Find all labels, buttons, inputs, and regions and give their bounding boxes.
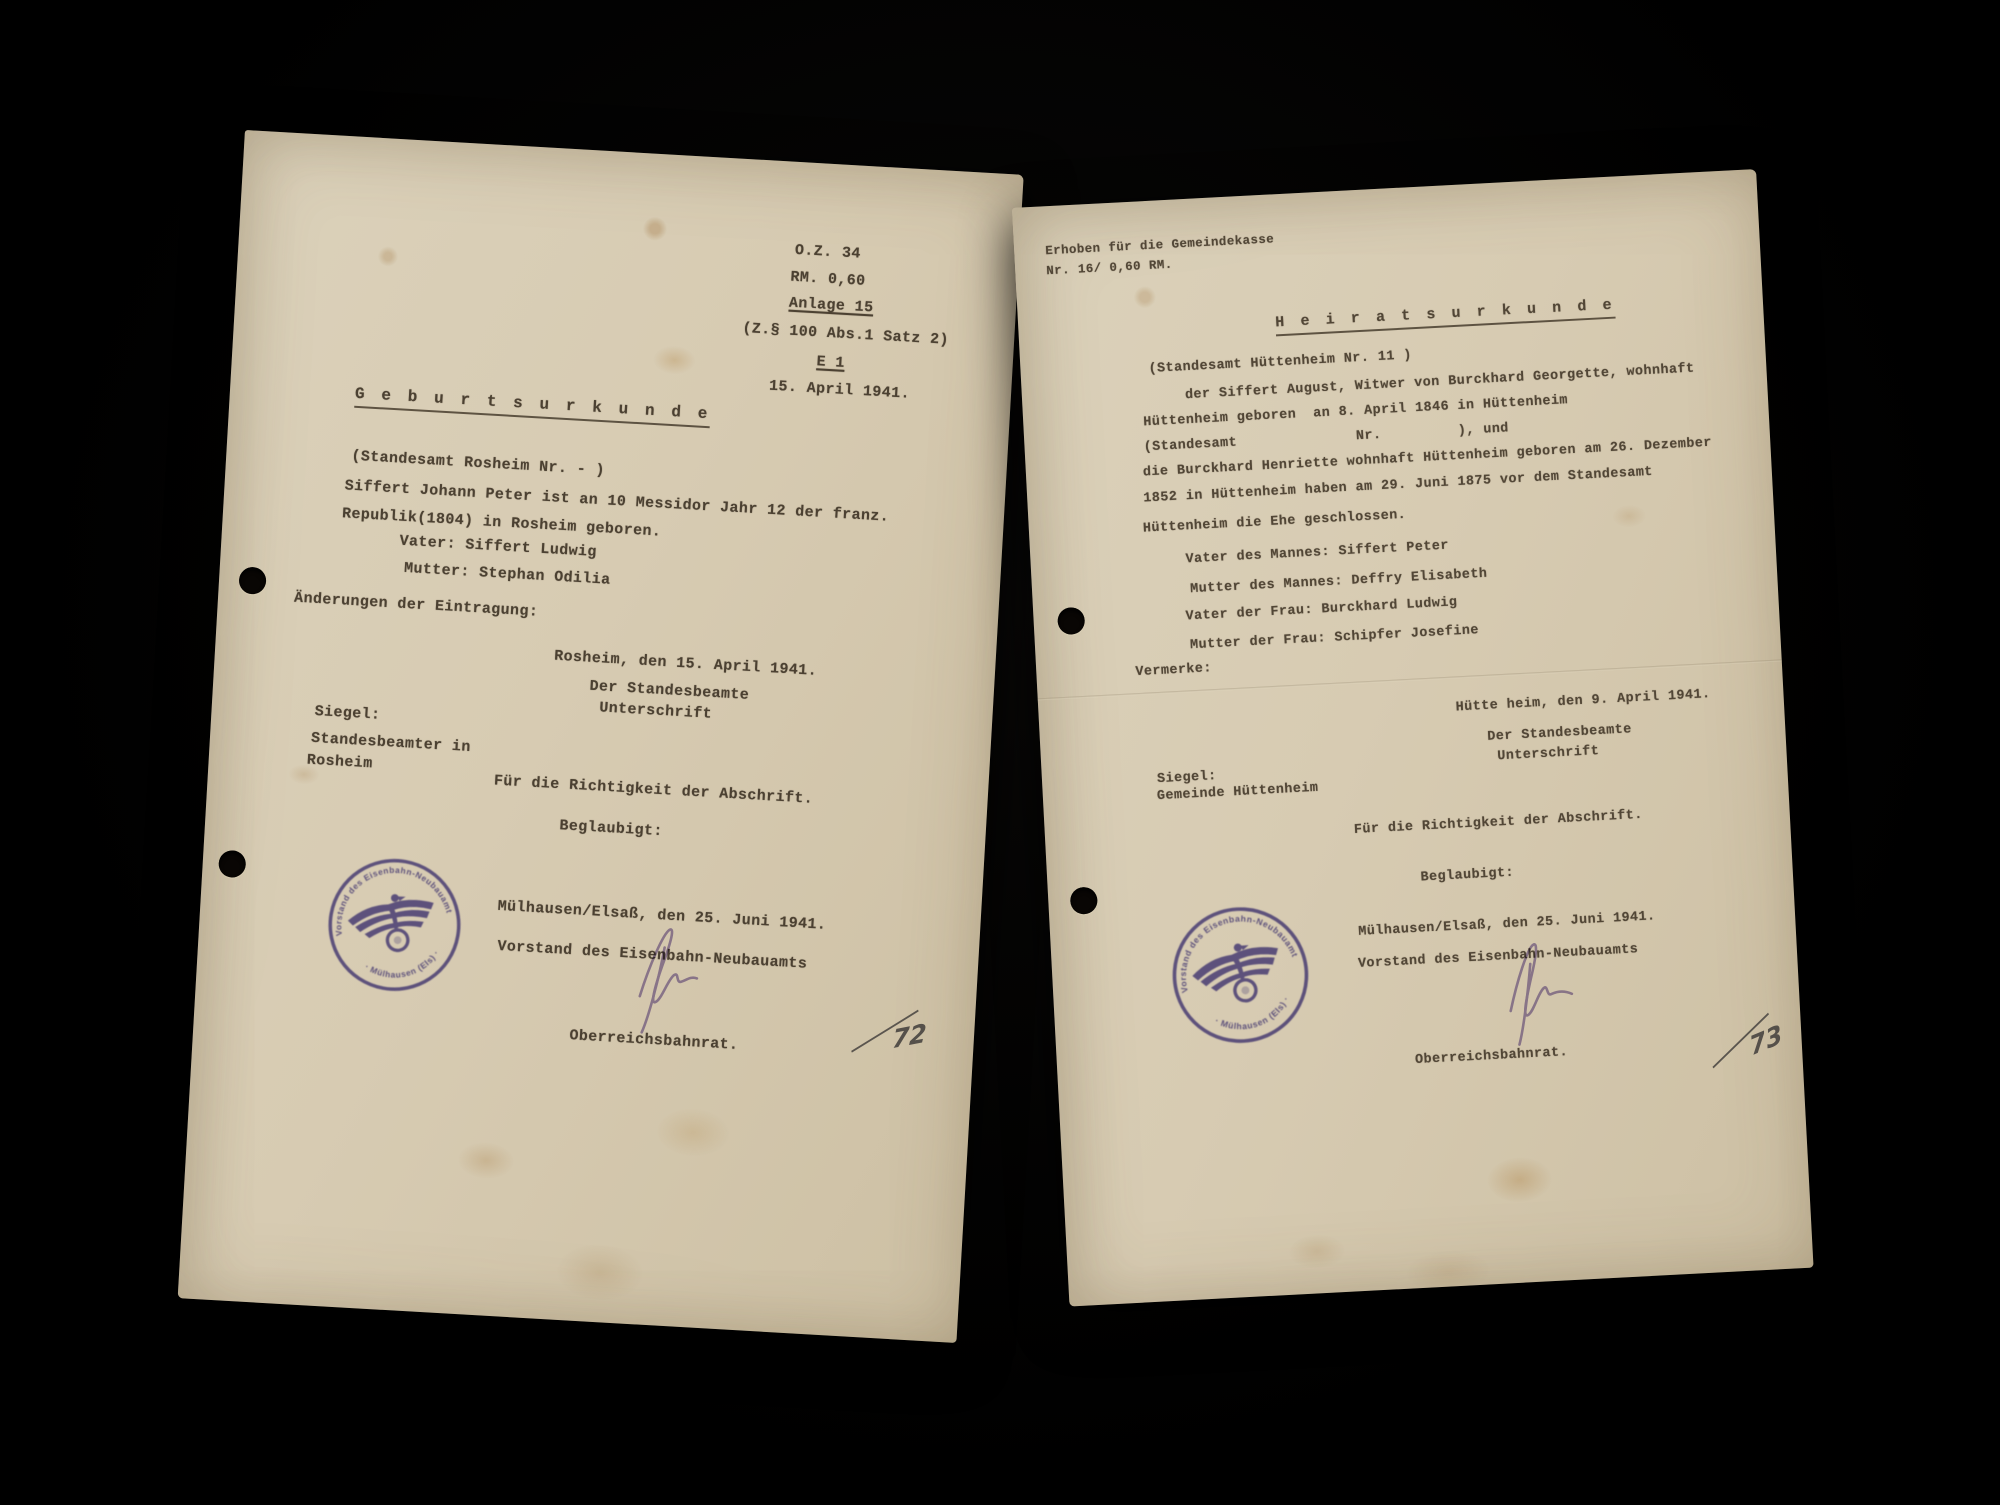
certified-label: Beglaubigt: (559, 817, 663, 841)
correctness-line: Für die Richtigkeit der Abschrift. (493, 772, 813, 808)
punch-hole (1057, 607, 1085, 635)
signer-title: Oberreichsbahnrat. (1415, 1045, 1569, 1069)
pencil-page-number: 72 (891, 1018, 927, 1054)
header-date: 15. April 1941. (769, 378, 911, 404)
punch-hole (238, 566, 267, 595)
bride-mother-line: Mutter der Frau: Schipfer Josefine (1190, 623, 1479, 654)
header-line: (Z.§ 100 Abs.1 Satz 2) (742, 320, 950, 350)
changes-line: Änderungen der Eintragung: (294, 590, 539, 622)
bride-father-line: Vater der Frau: Burckhard Ludwig (1185, 595, 1458, 625)
header-line: Anlage 15 (788, 295, 874, 318)
svg-text:· Mülhausen (Els) ·: · Mülhausen (Els) · (1211, 992, 1296, 1041)
seal-label: Siegel: (314, 703, 381, 725)
header-line: O.Z. 34 (794, 242, 861, 264)
marriage-certificate-page: Erhoben für die Gemeindekasse Nr. 16/ 0,… (1012, 169, 1814, 1306)
groom-father-line: Vater des Mannes: Siffert Peter (1185, 539, 1449, 569)
photo-background: O.Z. 34 RM. 0,60 Anlage 15 (Z.§ 100 Abs.… (0, 0, 2000, 1505)
body-line: Hüttenheim die Ehe geschlossen. (1143, 508, 1407, 538)
pencil-number: 73 (1747, 1019, 1785, 1062)
signature-label: Unterschrift (1497, 744, 1600, 766)
svg-text:· Mülhausen (Els) ·: · Mülhausen (Els) · (362, 947, 445, 987)
birth-certificate-page: O.Z. 34 RM. 0,60 Anlage 15 (Z.§ 100 Abs.… (178, 130, 1024, 1343)
handwritten-signature (1479, 932, 1581, 1055)
official-seal-stamp: Vorstand des Eisenbahn-Neubauamt · Mülha… (317, 848, 471, 1002)
official-seal-stamp: Vorstand des Eisenbahn-Neubauamt · Mülha… (1162, 896, 1320, 1054)
signature-label: Unterschrift (599, 699, 713, 723)
fee-line: Nr. 16/ 0,60 RM. (1046, 258, 1173, 280)
registry-line: (Standesamt Rosheim Nr. - ) (351, 448, 605, 481)
signer-title: Oberreichsbahnrat. (569, 1027, 739, 1055)
header-line: E 1 (816, 353, 845, 373)
pencil-page-number: 73 (1747, 1019, 1785, 1062)
eagle-emblem (1187, 932, 1290, 1014)
handwritten-signature (607, 915, 706, 1042)
father-line: Vater: Siffert Ludwig (399, 533, 597, 562)
mother-line: Mutter: Stephan Odilia (403, 560, 611, 590)
seal-label: Siegel: (1157, 769, 1217, 788)
fee-line: Erhoben für die Gemeindekasse (1045, 232, 1275, 259)
stamp-ring-bottom-text: · Mülhausen (Els) · (362, 947, 445, 987)
document-title: H e i r a t s u r k u n d e (1275, 297, 1616, 337)
punch-hole (1070, 887, 1098, 915)
official-line: Der Standesbeamte (1487, 722, 1632, 746)
issue-place-date: Hütte heim, den 9. April 1941. (1455, 687, 1711, 717)
seal-line: Rosheim (306, 752, 373, 774)
correctness-line: Für die Richtigkeit der Abschrift. (1354, 808, 1643, 839)
document-title: G e b u r t s u r k u n d e (354, 385, 711, 429)
issue-place-date: Rosheim, den 15. April 1941. (554, 648, 818, 681)
groom-mother-line: Mutter des Mannes: Deffry Elisabeth (1190, 567, 1488, 599)
eagle-emblem (345, 887, 442, 960)
registry-line: (Standesamt Hüttenheim Nr. 11 ) (1148, 348, 1412, 378)
header-line: RM. 0,60 (790, 269, 866, 291)
stamp-ring-bottom-text: · Mülhausen (Els) · (1211, 992, 1296, 1041)
certified-label: Beglaubigt: (1420, 866, 1514, 887)
punch-hole (218, 850, 247, 879)
remarks-label: Vermerke: (1135, 661, 1212, 681)
